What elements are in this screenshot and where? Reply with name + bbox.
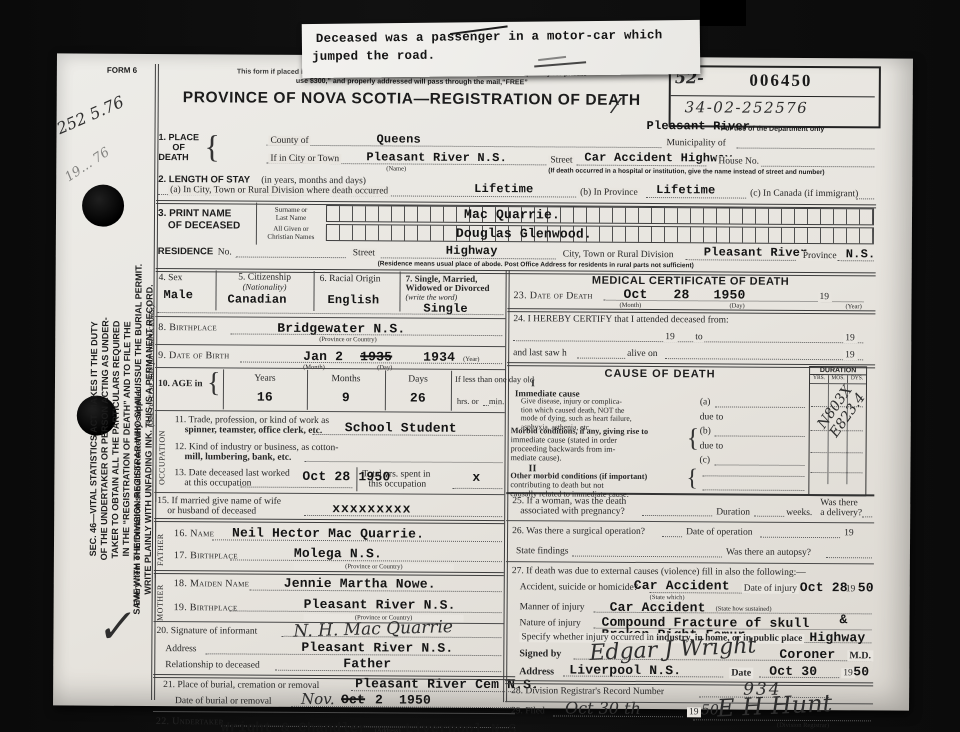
note-line1: Deceased was a passenger in a motor-car … bbox=[316, 28, 663, 46]
divider bbox=[356, 467, 357, 491]
occupation-group-label: OCCUPATION bbox=[155, 414, 167, 502]
s21-label: 21. Place of burial, cremation or remova… bbox=[163, 680, 319, 691]
dept-box-divider bbox=[671, 95, 875, 97]
residence-city-value: Pleasant River bbox=[704, 245, 808, 260]
divider bbox=[153, 711, 515, 714]
s24-to: to bbox=[693, 332, 704, 342]
municipality-typed-value: Pleasant River bbox=[647, 119, 751, 134]
s6-label: 6. Racial Origin bbox=[320, 274, 381, 284]
s7-label: 7. Single, Married,Widowed or Divorced (… bbox=[405, 275, 489, 303]
leader bbox=[811, 452, 863, 453]
s1-label: 1. PLACE OF DEATH bbox=[158, 132, 199, 162]
divider bbox=[313, 271, 314, 311]
s24-alive: alive on bbox=[627, 349, 657, 359]
surname-grid bbox=[326, 205, 874, 225]
cause-morbid-note: Morbid conditions, if any, giving rise t… bbox=[511, 426, 649, 463]
s27-coroner: Coroner bbox=[779, 647, 835, 662]
s27-accident-label: Accident, suicide or homicide? bbox=[520, 582, 638, 593]
s3-label: 3. PRINT NAMEOF DECEASED bbox=[158, 208, 240, 233]
margin-handwriting-faded: 19… 76 bbox=[62, 145, 112, 185]
s27-md: M.D. bbox=[847, 650, 873, 661]
name-note: (Name) bbox=[386, 165, 406, 172]
leader bbox=[826, 557, 872, 558]
hospital-note: (If death occurred in a hospital or inst… bbox=[548, 167, 824, 176]
s27-sustained-note: (State how sustained) bbox=[716, 605, 772, 612]
s23-day: 28 bbox=[673, 287, 689, 302]
s10-years-label: Years bbox=[225, 373, 305, 383]
divider bbox=[505, 680, 873, 686]
s10-brace: { bbox=[207, 367, 221, 399]
scan-artifact bbox=[700, 0, 746, 26]
s21-date-struck: Oct bbox=[341, 692, 365, 707]
s26-label: 26. Was there a surgical operation? bbox=[512, 526, 645, 537]
residence-province-value: N.S. bbox=[846, 247, 876, 261]
mail-note-line2: use $300,” and properly addressed will p… bbox=[172, 77, 652, 87]
s27-date-label: Date bbox=[729, 668, 753, 679]
s27-address-label: Address bbox=[519, 666, 554, 677]
dept-stamp-number: 006450 bbox=[711, 70, 851, 91]
divider bbox=[399, 271, 400, 311]
s20-address-label: Address bbox=[165, 644, 196, 654]
leader bbox=[513, 340, 863, 343]
s20-label: 20. Signature of informant bbox=[156, 626, 257, 637]
s8-note: (Province or Country) bbox=[317, 336, 378, 343]
divider bbox=[451, 371, 452, 411]
leader bbox=[856, 198, 874, 199]
s14-label: Total yrs. spent inthis occupation bbox=[362, 469, 430, 489]
s27-signed-label: Signed by bbox=[519, 648, 561, 659]
leader bbox=[266, 145, 661, 148]
s12-label: 12. Kind of industry or business, as cot… bbox=[175, 442, 339, 463]
s10-days-value: 26 bbox=[387, 390, 449, 405]
s5-label: 5. Citizenship(Nationality) bbox=[218, 273, 312, 293]
s2b-label: (b) In Province bbox=[578, 188, 640, 198]
informant-signature: N. H. Mac Quarrie bbox=[293, 617, 453, 642]
s9-label: 9. Date of Birth bbox=[158, 350, 229, 361]
s1-brace: { bbox=[204, 128, 220, 165]
s22-undertaker-value: Wright & Chandler bbox=[221, 720, 367, 732]
given-sublabel: All Given orChristian Names bbox=[260, 225, 322, 241]
cause-title: CAUSE OF DEATH bbox=[525, 367, 795, 381]
residence-city-label: City, Town or Rural Division bbox=[561, 249, 676, 260]
s27-date-yy: 50 bbox=[853, 664, 869, 679]
s4-label: 4. Sex bbox=[159, 273, 183, 283]
scanned-death-registration: 252 5.76 19… 76 SEC. 46—VITAL STATISTICS… bbox=[0, 0, 960, 732]
leader bbox=[862, 516, 872, 517]
dept-code-handwritten: 34-02-252576 bbox=[685, 98, 809, 117]
s18-label: 18. Maiden Name bbox=[174, 578, 250, 589]
sidebar-supplied-note: Every item of information should be care… bbox=[132, 384, 143, 606]
residence-label: RESIDENCE bbox=[158, 246, 214, 257]
s27-injury-yy: 50 bbox=[858, 580, 874, 595]
divider bbox=[155, 344, 505, 347]
form-number: FORM 6 bbox=[107, 66, 137, 75]
s22-address-value: Liverpool N.S. bbox=[405, 722, 526, 732]
s23-19: 19 bbox=[817, 292, 831, 302]
s9-year-value: 1934 bbox=[423, 350, 455, 365]
s22-label: 22. Undertaker bbox=[156, 716, 224, 727]
leader bbox=[665, 358, 863, 360]
s24-last-saw: and last saw h bbox=[513, 348, 567, 358]
county-value: Queens bbox=[376, 132, 421, 146]
leader bbox=[761, 166, 874, 168]
surname-value: Mac Quarrie. bbox=[464, 207, 560, 223]
leader bbox=[642, 515, 712, 516]
s10-months-value: 9 bbox=[309, 390, 383, 405]
cause-a-label: (a) bbox=[700, 397, 711, 407]
pen-stroke-icon bbox=[534, 61, 586, 67]
attached-note-slip: Deceased was a passenger in a motor-car … bbox=[302, 20, 701, 78]
page-title: PROVINCE OF NOVA SCOTIA—REGISTRATION OF … bbox=[162, 89, 662, 110]
divider bbox=[155, 410, 505, 413]
s29-filed-date-handwritten: Oct 30 th bbox=[565, 699, 641, 718]
divider bbox=[154, 492, 504, 495]
s11-value: School Student bbox=[345, 420, 457, 436]
medical-cert-title: MEDICAL CERTIFICATE OF DEATH bbox=[511, 274, 871, 288]
cause-brace: { bbox=[687, 423, 700, 453]
s11-label: 11. Trade, profession, or kind of work a… bbox=[175, 415, 329, 436]
leader bbox=[662, 536, 682, 537]
s23-year: 1950 bbox=[713, 287, 745, 302]
s24-y1: 19 bbox=[663, 332, 677, 342]
divider bbox=[507, 308, 875, 314]
certificate-paper: 252 5.76 19… 76 SEC. 46—VITAL STATISTICS… bbox=[53, 53, 913, 710]
s17-note: (Province or Country) bbox=[294, 563, 454, 571]
city-town-value: Pleasant River N.S. bbox=[366, 150, 507, 165]
s23-month: Oct bbox=[623, 287, 647, 302]
leader bbox=[236, 256, 346, 258]
cause-due2: due to bbox=[700, 441, 724, 451]
leader bbox=[577, 358, 625, 359]
divider bbox=[154, 518, 504, 524]
s27-address-value: Liverpool N.S. bbox=[569, 663, 681, 679]
s20-address-value: Pleasant River N.S. bbox=[301, 640, 453, 656]
divider bbox=[506, 561, 874, 564]
leader bbox=[572, 556, 722, 558]
house-no-label: House No. bbox=[716, 156, 761, 166]
s19-label: 19. Birthplace bbox=[174, 602, 238, 613]
mother-group-label: MOTHER bbox=[154, 574, 164, 632]
s26-date-label: Date of operation bbox=[686, 527, 753, 537]
s29-registrar-note: (Division Registrar) bbox=[777, 722, 829, 729]
s5-value: Canadian bbox=[227, 292, 286, 306]
divider bbox=[256, 203, 257, 245]
s25-weeks-label: weeks. bbox=[786, 508, 812, 518]
s2-label: 2. LENGTH OF STAY bbox=[158, 174, 250, 186]
municipality-label: Municipality of bbox=[664, 138, 727, 148]
s14-value: x bbox=[472, 470, 480, 485]
leader bbox=[754, 516, 784, 517]
s18-value: Jennie Martha Nowe. bbox=[284, 576, 436, 592]
leader bbox=[760, 537, 840, 538]
residence-no-label: No. bbox=[218, 247, 232, 257]
note-line2: jumped the road. bbox=[312, 49, 435, 64]
s20-relationship-label: Relationship to deceased bbox=[165, 660, 260, 671]
s10-label: 10. AGE in bbox=[158, 379, 203, 389]
s20-relationship-value: Father bbox=[343, 656, 391, 671]
s2a-label: (a) In City, Town or Rural Division wher… bbox=[168, 185, 390, 196]
given-name-value: Douglas Glenwood. bbox=[456, 226, 592, 242]
s2c-label: (c) In Canada (if immigrant) bbox=[748, 189, 860, 200]
s27-manner-label: Manner of injury bbox=[520, 602, 585, 612]
s9-month-day: Jan 2 bbox=[303, 349, 343, 364]
s27-nature-amp: & bbox=[840, 612, 848, 627]
s27-nature-label: Nature of injury bbox=[519, 618, 580, 628]
given-name-grid bbox=[326, 224, 874, 244]
s27-accident-value: Car Accident bbox=[634, 578, 730, 594]
s10-hrs-label: hrs. or bbox=[457, 396, 479, 406]
residence-street-value: Highway bbox=[446, 244, 498, 258]
cause-other-note: Other morbid conditions (if important) c… bbox=[510, 471, 647, 499]
margin-handwriting: 252 5.76 bbox=[54, 92, 127, 138]
s25-duration-label: Duration bbox=[716, 507, 750, 517]
s17-label: 17. Birthplace bbox=[174, 550, 238, 561]
cause-due1: due to bbox=[700, 412, 724, 422]
cause-brace-2: { bbox=[686, 465, 698, 492]
s10-min-label: min. bbox=[489, 396, 504, 406]
s25-delivery-label: Was therea delivery? bbox=[820, 498, 862, 518]
s10-months-label: Months bbox=[309, 374, 383, 384]
s27-date-value: Oct 30 bbox=[769, 664, 817, 679]
s16-value: Neil Hector Mac Quarrie. bbox=[232, 525, 424, 541]
cause-b-label: (b) bbox=[700, 426, 711, 436]
s23-label: 23. Date of Death bbox=[513, 290, 592, 301]
s17-value: Molega N.S. bbox=[294, 546, 382, 562]
s19-value: Pleasant River N.S. bbox=[304, 597, 456, 613]
divider bbox=[155, 316, 505, 319]
s9-year-note: (Year) bbox=[463, 356, 479, 363]
s27-injury-19: 19 bbox=[846, 584, 856, 594]
s24-y3: 19 bbox=[843, 350, 857, 360]
s2b-value: Lifetime bbox=[656, 183, 715, 197]
s13-label: 13. Date deceased last workedat this occ… bbox=[174, 468, 289, 489]
s27-injury-date-value: Oct 28 bbox=[800, 580, 848, 595]
leader bbox=[452, 488, 502, 489]
s4-value: Male bbox=[163, 288, 193, 302]
s2a-value: Lifetime bbox=[474, 182, 533, 196]
s29-label: 29. Filed bbox=[511, 706, 545, 716]
pen-checkmark-icon: ✓ bbox=[93, 600, 135, 654]
county-label: County of bbox=[268, 136, 310, 146]
divider bbox=[827, 384, 829, 484]
city-town-label: If in City or Town bbox=[268, 154, 341, 164]
s21-date-handwritten: Nov. bbox=[301, 690, 335, 708]
s24-y2: 19 bbox=[843, 333, 857, 343]
street-value: Car Accident Highway bbox=[584, 151, 732, 166]
s26-findings-label: State findings bbox=[516, 546, 569, 556]
duration-col-dys: DYS. bbox=[848, 375, 866, 383]
street-label: Street bbox=[548, 155, 574, 165]
divider bbox=[215, 270, 216, 310]
s21-date-value: 2 1950 bbox=[375, 692, 431, 707]
leader bbox=[810, 472, 862, 473]
s8-label: 8. Birthplace bbox=[158, 322, 217, 333]
s29-19: 19 bbox=[687, 707, 701, 717]
duration-col-yrs: YRS. bbox=[810, 375, 829, 383]
residence-street-label: Street bbox=[351, 248, 377, 258]
registrar-signature: E H Hunt bbox=[716, 689, 832, 722]
cause-c-label: (c) bbox=[699, 455, 710, 465]
s22-address-note: (Address) bbox=[375, 727, 401, 732]
s27-specify-value: Highway bbox=[809, 630, 865, 645]
s27-intro: 27. If death was due to external causes … bbox=[512, 566, 806, 578]
s15-value: xxxxxxxxx bbox=[332, 501, 411, 516]
s26-autopsy-label: Was there an autopsy? bbox=[726, 547, 811, 558]
s27-manner-value: Car Accident bbox=[610, 600, 706, 616]
s9-struck-year: 1935 bbox=[360, 349, 392, 364]
s21-date-label: Date of burial or removal bbox=[175, 696, 272, 707]
s16-label: 16. Name bbox=[174, 528, 214, 539]
divider bbox=[506, 520, 874, 523]
s24-label: 24. I HEREBY CERTIFY that I attended dec… bbox=[513, 314, 728, 325]
surname-sublabel: Surname orLast Name bbox=[260, 206, 322, 222]
residence-province-label: Province bbox=[801, 251, 839, 261]
s8-value: Bridgewater N.S. bbox=[277, 321, 405, 337]
s10-days-label: Days bbox=[387, 374, 449, 384]
s27-injury-date-label: Date of injury bbox=[742, 584, 799, 594]
s25-label: 25. If a woman, was the deathassociated … bbox=[512, 496, 626, 517]
s26-19: 19 bbox=[844, 528, 854, 538]
s2-sub: (in years, months and days) bbox=[261, 176, 366, 187]
s6-value: English bbox=[327, 293, 379, 307]
s28-label: 28. Division Registrar's Record Number bbox=[511, 686, 664, 697]
pen-stroke-icon bbox=[538, 56, 566, 61]
s15-label: 15. If married give name of wifeor husba… bbox=[157, 496, 281, 517]
s10-years-value: 16 bbox=[225, 389, 305, 404]
leader bbox=[736, 148, 874, 150]
